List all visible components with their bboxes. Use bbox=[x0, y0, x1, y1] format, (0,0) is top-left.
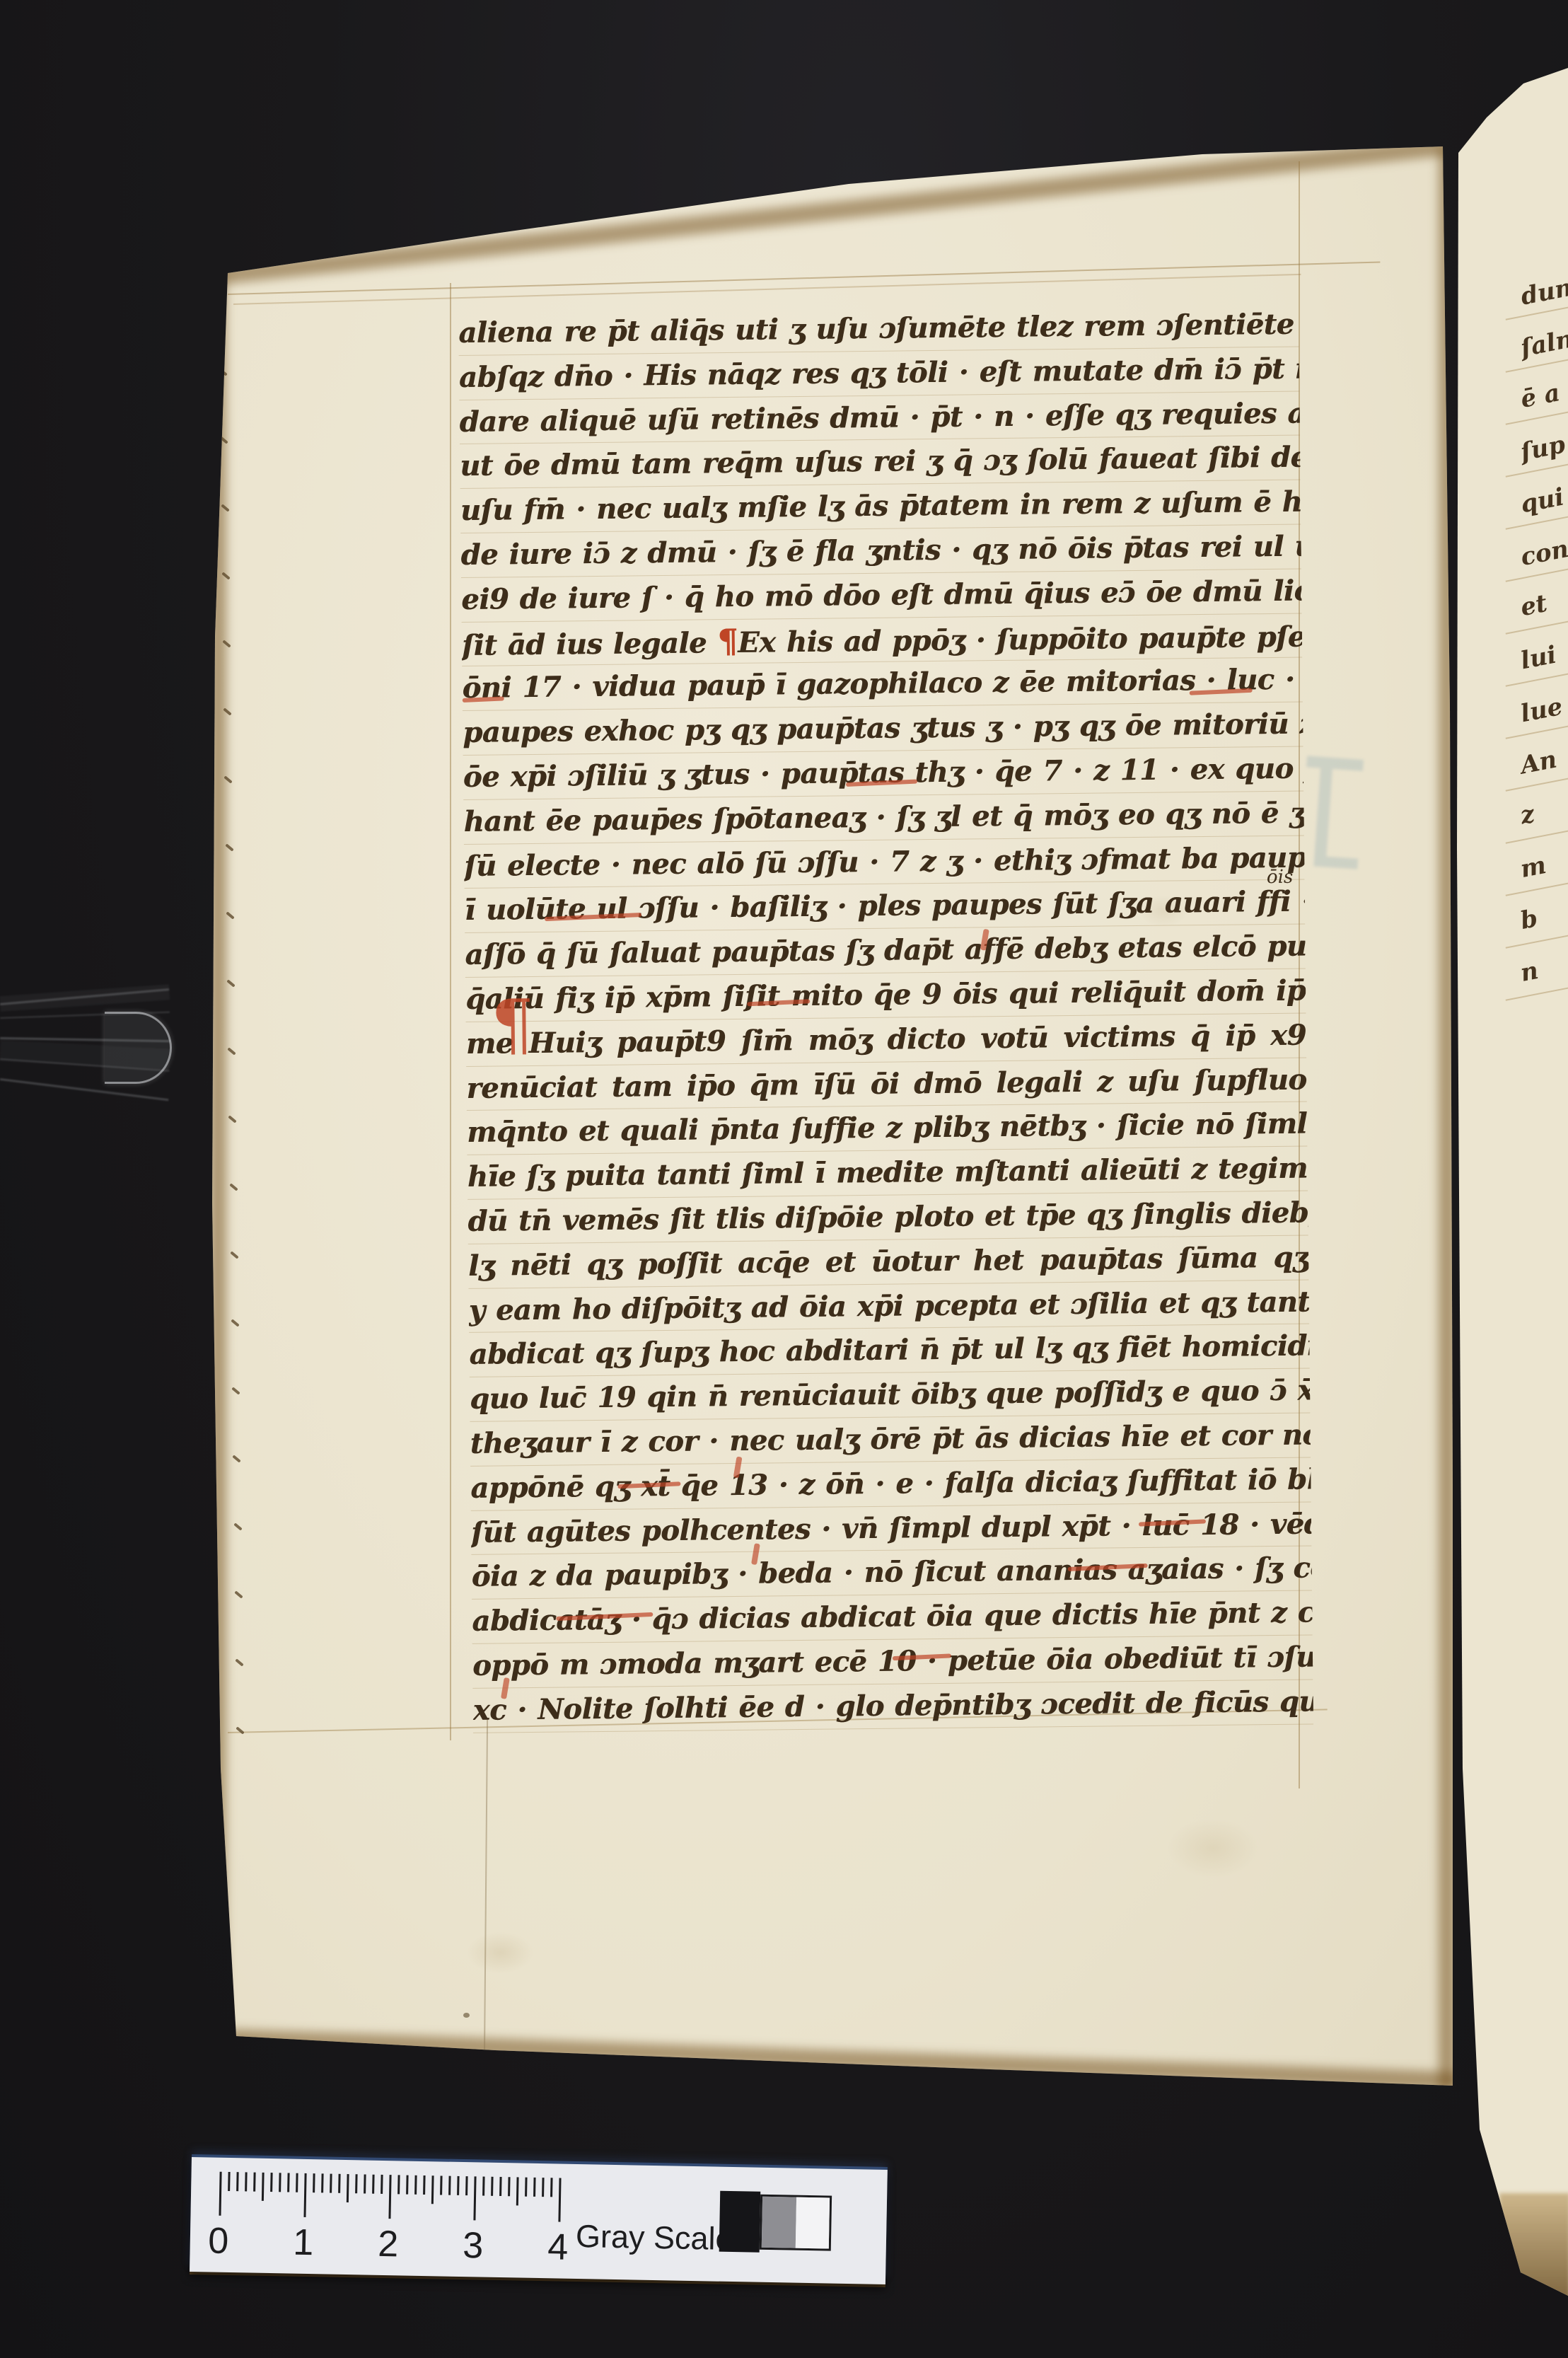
prick-mark bbox=[235, 1658, 244, 1666]
parchment-speck bbox=[463, 2013, 470, 2018]
parchment-stain bbox=[1167, 1818, 1259, 1878]
facing-page-fragment: lue bbox=[1518, 693, 1565, 729]
facing-page-rule bbox=[1506, 463, 1568, 478]
ruler-tick bbox=[219, 2172, 221, 2216]
ruler-tick bbox=[397, 2175, 400, 2194]
facing-page-fragment: con bbox=[1518, 535, 1568, 572]
ruler-tick bbox=[516, 2177, 519, 2205]
patch-gray bbox=[762, 2197, 796, 2248]
facing-page-fragment: An bbox=[1518, 745, 1560, 780]
prick-mark bbox=[219, 368, 228, 376]
prick-mark bbox=[231, 1387, 240, 1394]
ruler-tick bbox=[550, 2178, 552, 2197]
rubric-pilcrow-large: ¶ bbox=[491, 990, 535, 1059]
ruler-tick bbox=[533, 2178, 535, 2197]
page-edge-bottom bbox=[230, 2029, 1457, 2091]
gray-scale-label: Gray Scale bbox=[576, 2218, 734, 2258]
ruler-tick bbox=[338, 2174, 340, 2193]
manuscript-superscript: ōis bbox=[1267, 867, 1294, 888]
ruler-tick bbox=[457, 2176, 459, 2195]
facing-page-fragment: dum bbox=[1518, 272, 1568, 311]
facing-page-rule bbox=[1506, 411, 1568, 425]
offset-stain bbox=[1299, 756, 1385, 884]
facing-page-fragment: n bbox=[1518, 957, 1540, 988]
ruler-number: 1 bbox=[291, 2221, 315, 2265]
facing-page-fragment: m bbox=[1518, 851, 1549, 884]
clip-tip bbox=[105, 1012, 172, 1084]
parchment-crease bbox=[484, 1719, 488, 2060]
facing-page-rule bbox=[1506, 673, 1568, 687]
ruler-tick bbox=[388, 2175, 391, 2219]
patch-frame bbox=[760, 2195, 832, 2251]
ruler-tick bbox=[542, 2178, 544, 2197]
facing-page-fragment: b bbox=[1518, 904, 1540, 935]
ruler-tick bbox=[321, 2173, 323, 2192]
ruler-tick bbox=[287, 2173, 289, 2192]
facing-page-fragment: z bbox=[1518, 800, 1537, 831]
ruler-tick bbox=[414, 2175, 417, 2195]
ruler-tick bbox=[330, 2174, 332, 2193]
ruler-number: 0 bbox=[206, 2219, 231, 2262]
page-edge-left bbox=[209, 269, 226, 2045]
ruler-number: 2 bbox=[376, 2223, 400, 2266]
ruler-tick bbox=[303, 2173, 306, 2217]
manuscript-page: aliena re p̄t aliq̄s uti ʒ uſu ɔſumēte t… bbox=[0, 0, 1568, 2358]
ruler-tick bbox=[440, 2175, 442, 2195]
clip-streak bbox=[0, 984, 170, 1012]
prick-mark bbox=[228, 1115, 238, 1123]
ruler-tick bbox=[423, 2175, 425, 2195]
facing-page-fragment: ſaln bbox=[1518, 325, 1568, 362]
parchment-stain bbox=[467, 1931, 534, 1974]
ruler-tick bbox=[372, 2175, 374, 2194]
prick-mark bbox=[230, 1251, 239, 1259]
prick-mark bbox=[236, 1726, 245, 1734]
facing-page-rule bbox=[1506, 568, 1568, 582]
facing-page-fragment: ſup bbox=[1518, 430, 1568, 466]
facing-page-rule bbox=[1506, 306, 1568, 320]
ruler-tick bbox=[499, 2177, 501, 2196]
ruler-tick bbox=[313, 2173, 315, 2192]
ruling-line-top bbox=[228, 261, 1380, 295]
rubric-pilcrow: ¶ bbox=[717, 621, 738, 659]
ruler-tick bbox=[406, 2175, 408, 2195]
ruler-tick bbox=[364, 2174, 366, 2193]
ruler-numbers: 01234 bbox=[192, 2157, 888, 2170]
ruler-tick bbox=[381, 2175, 383, 2194]
scale-ruler: 01234 Gray Scale bbox=[190, 2157, 888, 2284]
facing-page-rule bbox=[1506, 516, 1568, 530]
ruler-tick bbox=[431, 2175, 434, 2204]
manuscript-line: xc · Nolite ſolhti ēe d · glo dep̄ntibʒ … bbox=[472, 1680, 1313, 1733]
prick-mark bbox=[233, 1522, 243, 1530]
ruler-tick bbox=[270, 2173, 272, 2192]
prick-mark bbox=[226, 911, 235, 919]
ruler-tick bbox=[448, 2176, 451, 2195]
ruler-tick bbox=[491, 2177, 493, 2196]
facing-page-rule bbox=[1506, 359, 1568, 373]
facing-page-rule bbox=[1506, 620, 1568, 635]
facing-page-bottom-edge bbox=[1499, 2193, 1568, 2299]
facing-page-fragment: ē a bbox=[1518, 378, 1562, 414]
ruler-tick bbox=[347, 2174, 349, 2202]
ruler-tick bbox=[253, 2173, 255, 2192]
page-edge-right bbox=[1439, 146, 1456, 2088]
prick-mark bbox=[231, 1319, 240, 1327]
ruler-ticks bbox=[192, 2157, 888, 2170]
prick-mark bbox=[226, 979, 236, 987]
ruler-tick bbox=[525, 2178, 527, 2197]
plastic-page-clip bbox=[0, 990, 177, 1111]
facing-page-rule bbox=[1506, 778, 1568, 792]
ruler-tick bbox=[236, 2172, 238, 2191]
photo-background: aliena re p̄t aliq̄s uti ʒ uſu ɔſumēte t… bbox=[0, 0, 1568, 2358]
prick-mark bbox=[218, 300, 227, 308]
ruler-tick bbox=[508, 2177, 510, 2196]
facing-page-fragment: et bbox=[1518, 589, 1550, 622]
gray-scale-patches bbox=[719, 2191, 832, 2254]
ruler-tick bbox=[482, 2177, 484, 2196]
patch-white bbox=[795, 2197, 830, 2249]
page-edge-top bbox=[221, 137, 1450, 284]
ruling-line-left bbox=[450, 283, 451, 1740]
ruler-tick bbox=[355, 2174, 357, 2193]
ruler-tick bbox=[558, 2178, 561, 2222]
ruler-tick bbox=[296, 2173, 298, 2192]
ruler-number: 4 bbox=[545, 2226, 570, 2269]
ruler-tick bbox=[465, 2176, 468, 2195]
ruler-tick bbox=[262, 2173, 265, 2201]
prick-mark bbox=[234, 1590, 243, 1598]
prick-mark bbox=[229, 1183, 238, 1191]
text-block: aliena re p̄t aliq̄s uti ʒ uſu ɔſumēte t… bbox=[458, 303, 1313, 1711]
patch-black bbox=[719, 2191, 761, 2253]
facing-page-rule bbox=[1506, 830, 1568, 844]
facing-page-rule bbox=[1506, 935, 1568, 949]
facing-page-rule bbox=[1506, 882, 1568, 896]
ruler-tick bbox=[245, 2172, 247, 2191]
facing-page-fragment: qui bbox=[1518, 483, 1567, 519]
ruler-tick bbox=[279, 2173, 281, 2192]
facing-page-fragment: lui bbox=[1518, 641, 1559, 676]
facing-page-rule bbox=[1506, 987, 1568, 1001]
prick-mark bbox=[227, 1047, 236, 1055]
ruler-number: 3 bbox=[460, 2224, 485, 2267]
facing-page-rule bbox=[1506, 725, 1568, 739]
ruler-tick bbox=[228, 2172, 230, 2191]
ruler-tick bbox=[473, 2176, 476, 2220]
prick-mark bbox=[233, 1455, 242, 1462]
